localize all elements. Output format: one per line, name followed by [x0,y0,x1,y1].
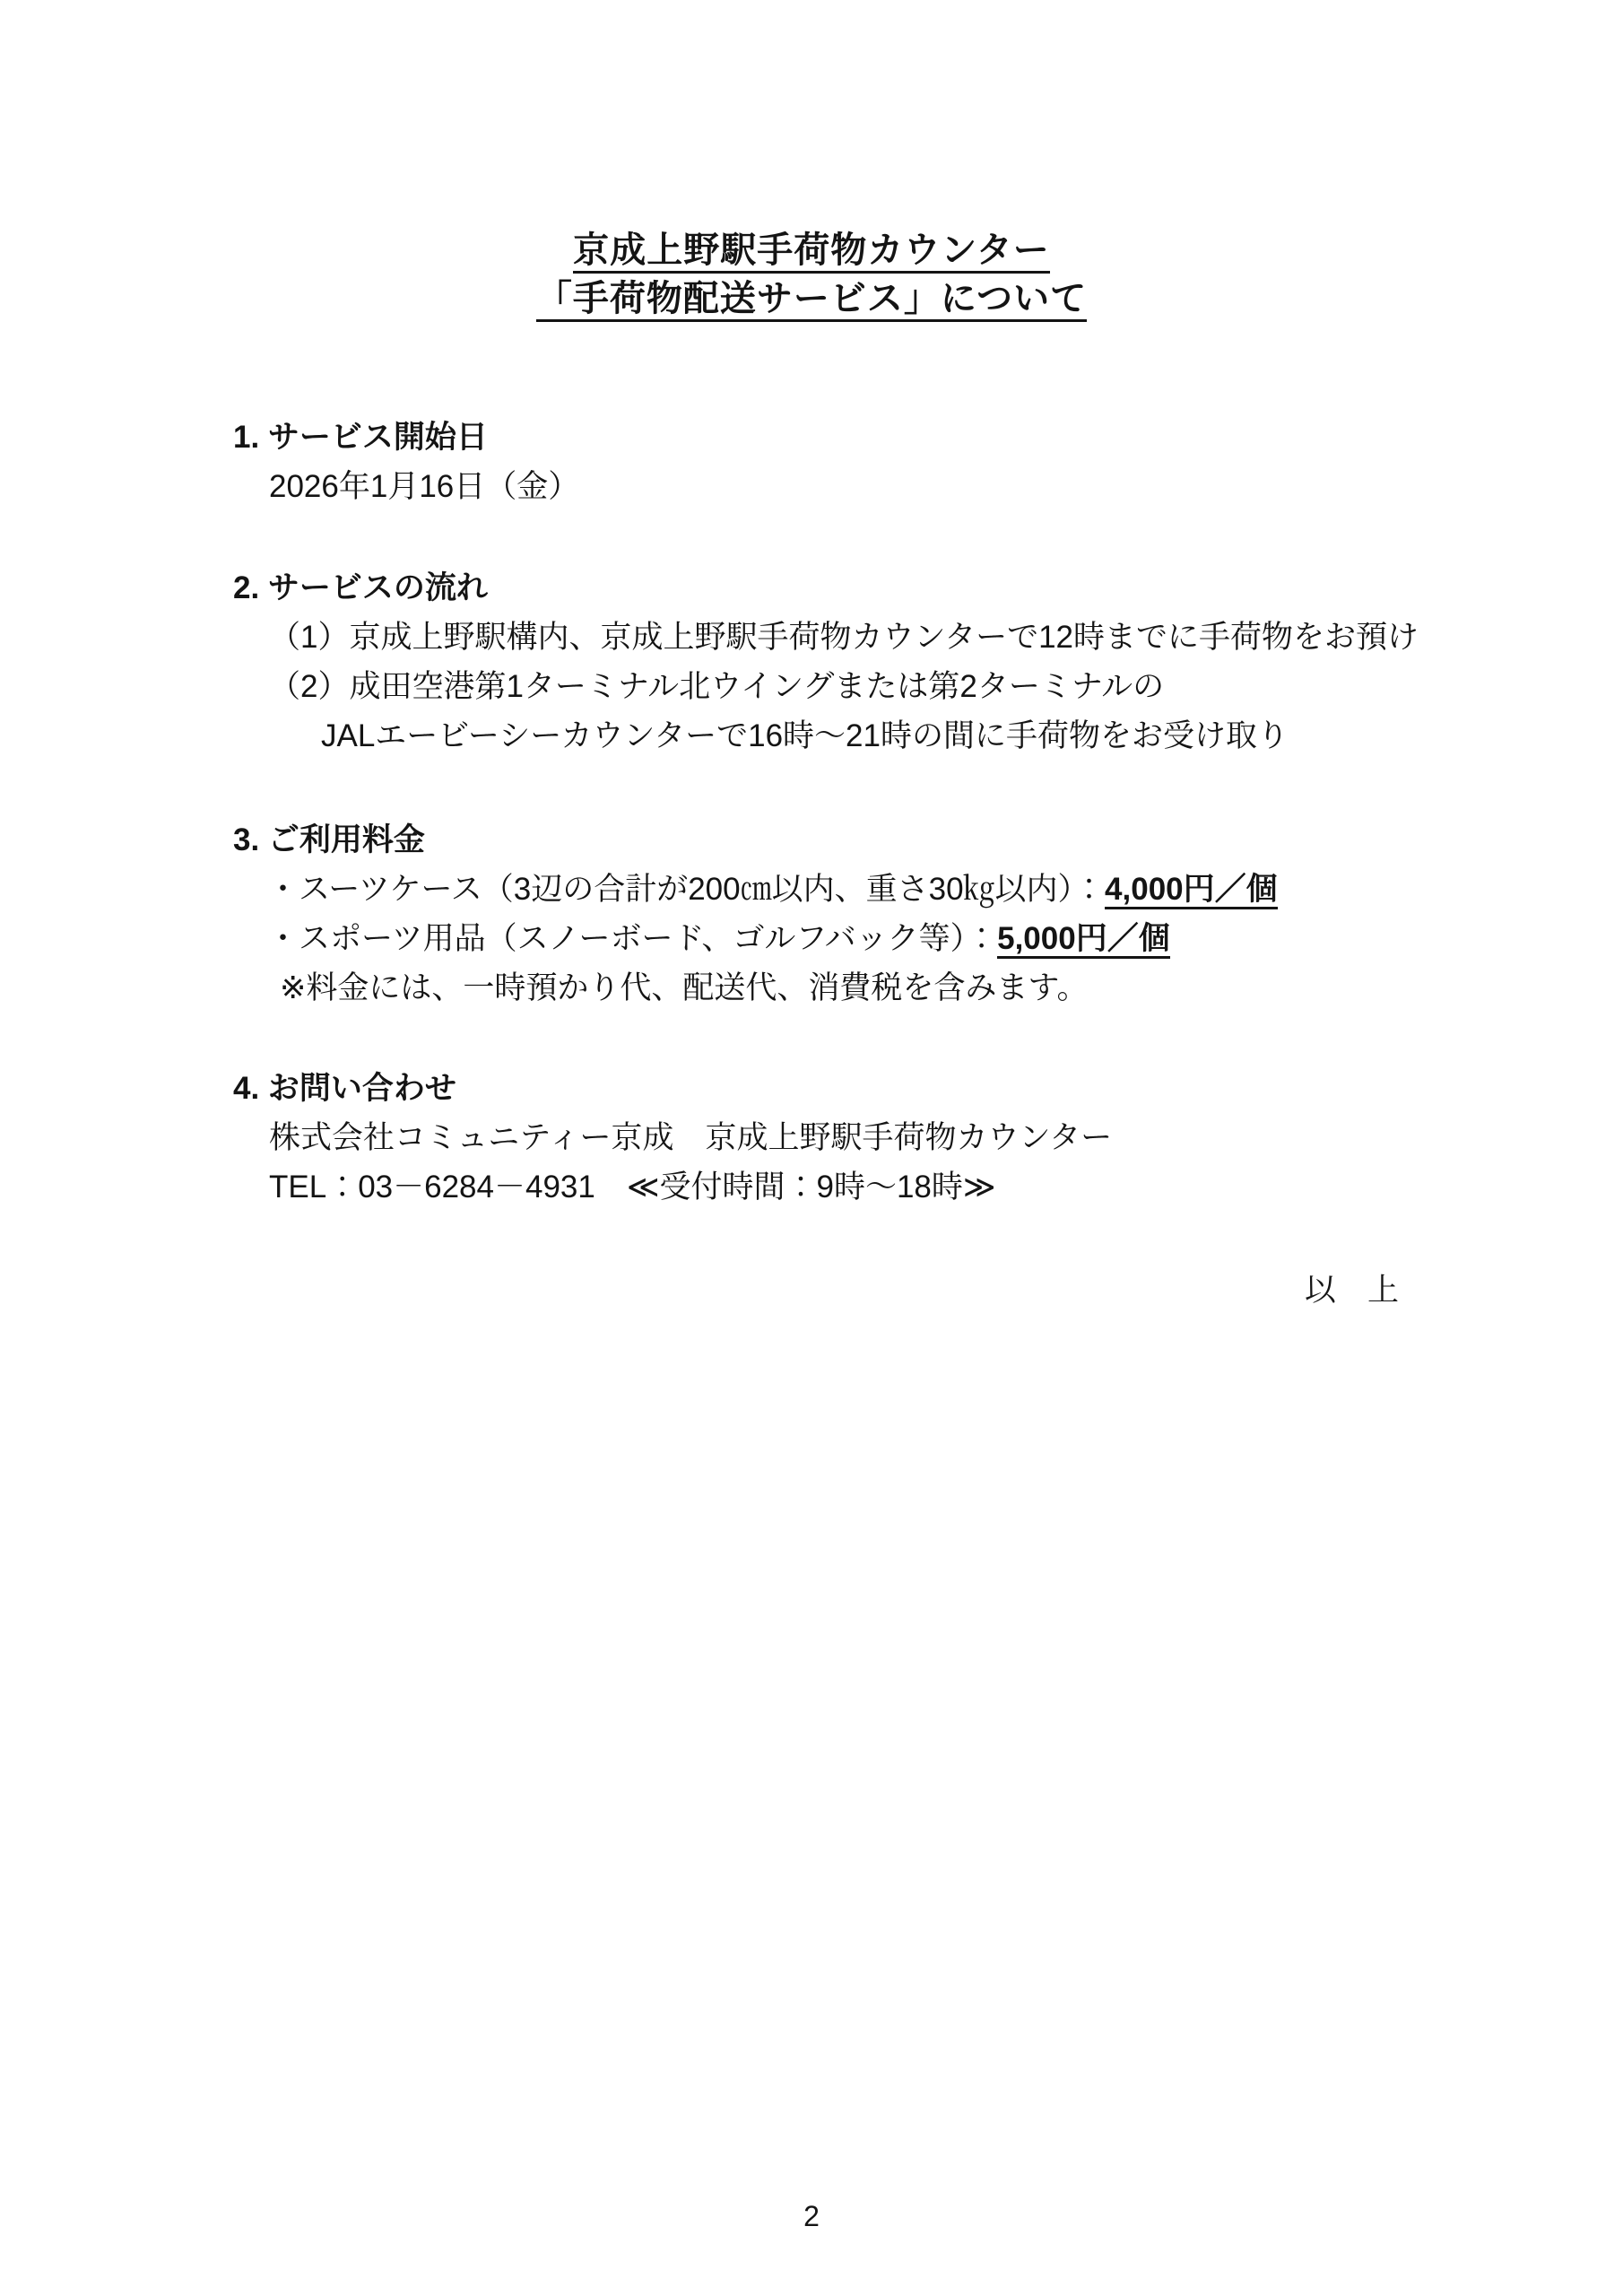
service-flow-step-1: （1）京成上野駅構内、京成上野駅手荷物カウンターで12時までに手荷物をお預け [233,613,1462,662]
fee-item-suitcase: ・スーツケース（3辺の合計が200㎝以内、重さ30㎏以内）：4,000円／個 [233,865,1462,914]
document-body: 1. サービス開始日 2026年1月16日（金） 2. サービスの流れ （1）京… [233,413,1462,1315]
section-3-heading: 3. ご利用料金 [233,815,1462,865]
section-service-start-date: 1. サービス開始日 2026年1月16日（金） [233,413,1462,511]
fee-item-sports: ・スポーツ用品（スノーボード、ゴルフバック等）：5,000円／個 [233,914,1462,963]
fee-item-sports-price: 5,000円／個 [997,921,1170,959]
contact-company: 株式会社コミュニティー京成 京成上野駅手荷物カウンター [233,1113,1462,1162]
section-1-heading: 1. サービス開始日 [233,413,1462,462]
closing-mark: 以 上 [233,1265,1462,1315]
fee-item-sports-label: ・スポーツ用品（スノーボード、ゴルフバック等）： [267,921,997,956]
contact-phone: TEL：03－6284－4931 ≪受付時間：9時～18時≫ [233,1162,1462,1212]
section-fees: 3. ご利用料金 ・スーツケース（3辺の合計が200㎝以内、重さ30㎏以内）：4… [233,815,1462,1013]
section-2-heading: 2. サービスの流れ [233,563,1462,613]
section-service-flow: 2. サービスの流れ （1）京成上野駅構内、京成上野駅手荷物カウンターで12時ま… [233,563,1462,761]
document-page: 京成上野駅手荷物カウンター 「手荷物配送サービス」について 1. サービス開始日… [0,0,1623,2296]
title-line-1: 京成上野駅手荷物カウンター [0,226,1623,274]
page-number: 2 [0,2200,1623,2233]
title-line-2-text: 「手荷物配送サービス」について [536,279,1087,322]
section-4-heading: 4. お問い合わせ [233,1064,1462,1113]
fee-item-suitcase-price: 4,000円／個 [1105,872,1278,909]
section-contact: 4. お問い合わせ 株式会社コミュニティー京成 京成上野駅手荷物カウンター TE… [233,1064,1462,1212]
title-line-1-text: 京成上野駅手荷物カウンター [573,230,1049,274]
document-title: 京成上野駅手荷物カウンター 「手荷物配送サービス」について [0,226,1623,323]
service-start-date: 2026年1月16日（金） [233,462,1462,511]
title-line-2: 「手荷物配送サービス」について [0,274,1623,323]
fee-item-suitcase-label: ・スーツケース（3辺の合計が200㎝以内、重さ30㎏以内）： [267,872,1105,907]
fee-note: ※料金には、一時預かり代、配送代、消費税を含みます。 [233,963,1462,1013]
service-flow-step-2-line-1: （2）成田空港第1ターミナル北ウイングまたは第2ターミナルの [233,662,1462,711]
service-flow-step-2-line-2: JALエービーシーカウンターで16時～21時の間に手荷物をお受け取り [233,711,1462,761]
